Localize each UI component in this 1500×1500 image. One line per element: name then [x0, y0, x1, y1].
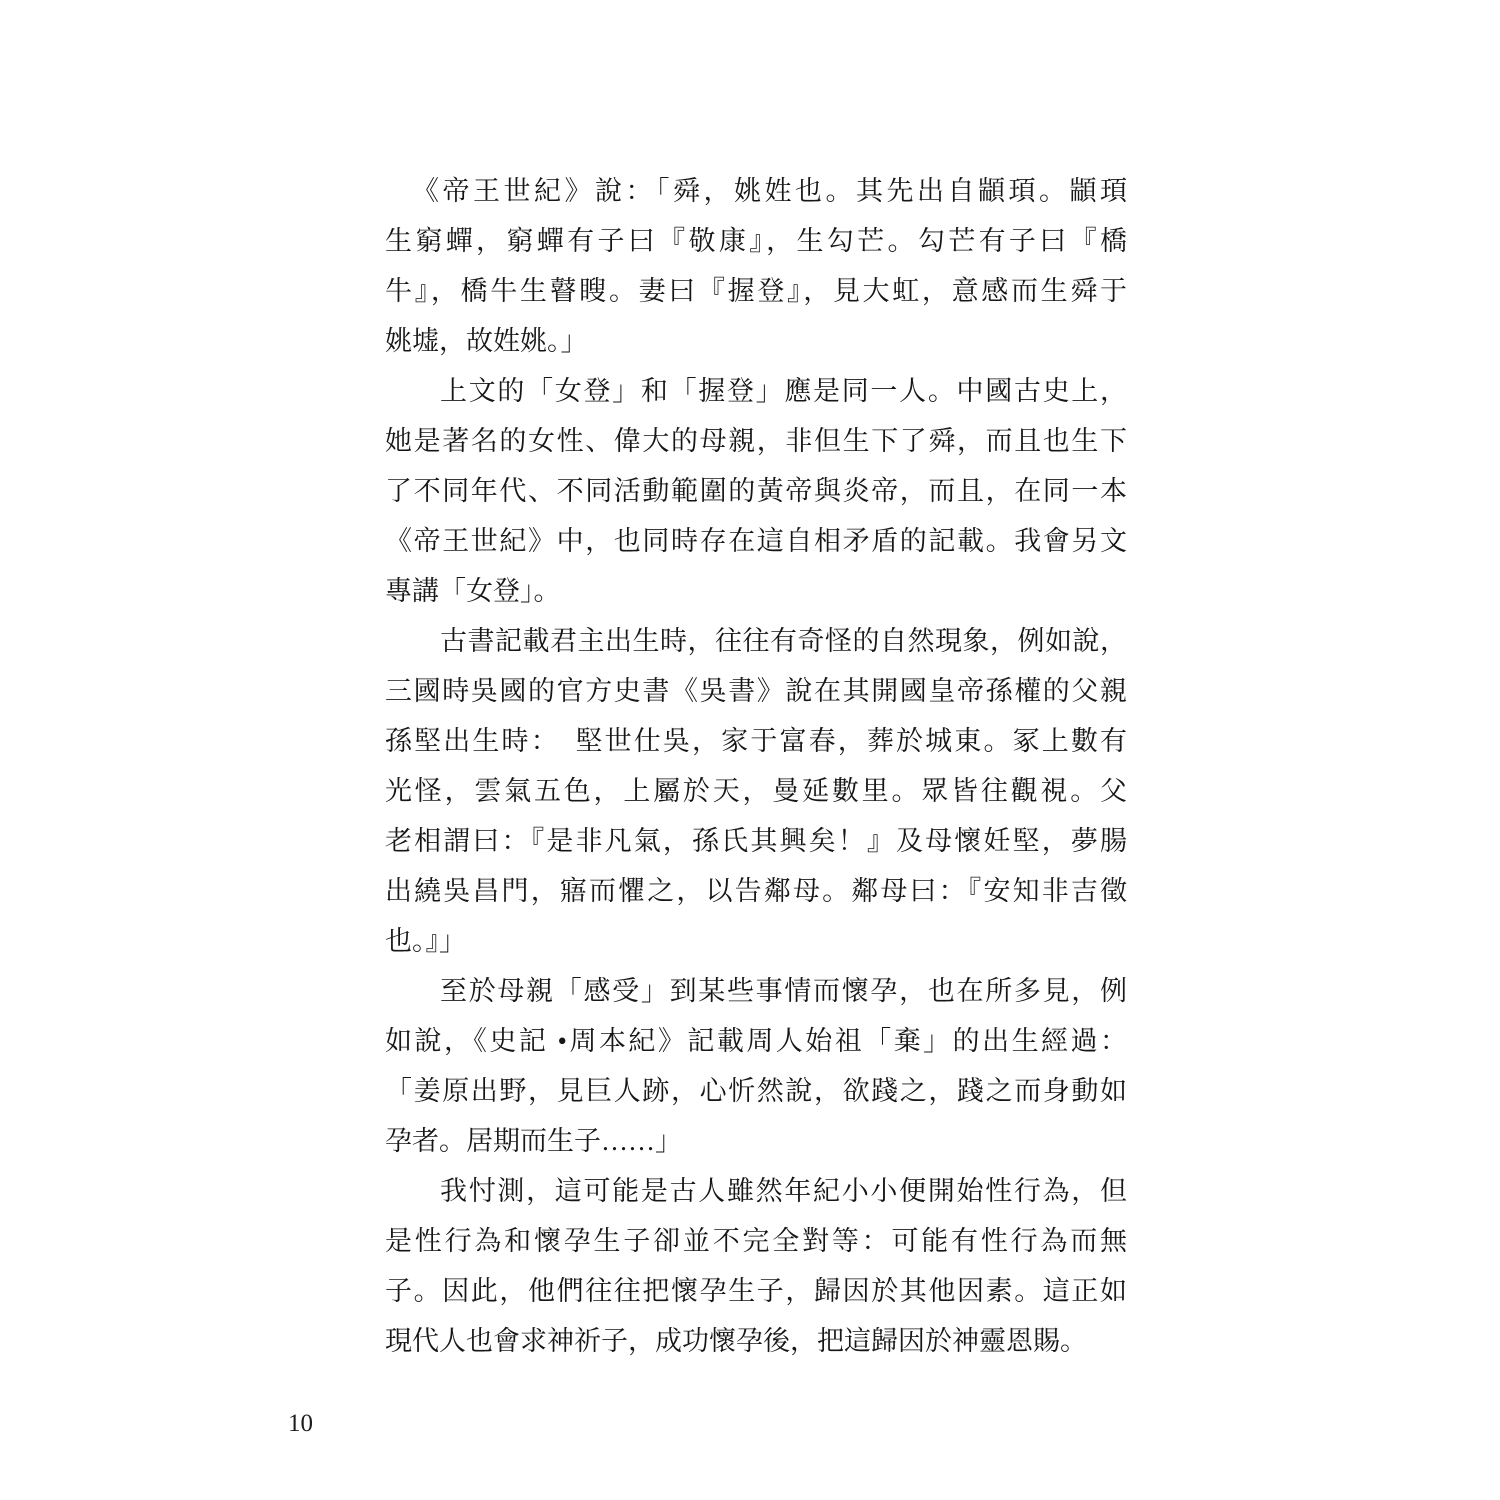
page-body-text: 《帝王世紀》說：「舜，姚姓也。其先出自顓頊。顓頊生窮蟬，窮蟬有子曰『敬康』，生勾… — [385, 166, 1127, 1366]
text-line-p3-l7: 也。』」 — [385, 916, 1127, 966]
book-page: 《帝王世紀》說：「舜，姚姓也。其先出自顓頊。顓頊生窮蟬，窮蟬有子曰『敬康』，生勾… — [0, 0, 1500, 1500]
text-line-p3-l6: 出繞吳昌門，寤而懼之，以告鄰母。鄰母曰：『安知非吉徵 — [385, 866, 1127, 916]
text-line-p2-l2: 她是著名的女性、偉大的母親，非但生下了舜，而且也生下 — [385, 416, 1127, 466]
text-line-p5-l3: 子。因此，他們往往把懷孕生子，歸因於其他因素。這正如 — [385, 1266, 1127, 1316]
text-line-p2-l5: 專講「女登」。 — [385, 566, 1127, 616]
text-line-p4-l4: 孕者。居期而生子……」 — [385, 1116, 1127, 1166]
text-line-p5-l2: 是性行為和懷孕生子卻並不完全對等：可能有性行為而無 — [385, 1216, 1127, 1266]
text-line-p1-l4: 姚墟，故姓姚。」 — [385, 316, 1127, 366]
text-line-p3-l3: 孫堅出生時： 堅世仕吳，家于富春，葬於城東。冢上數有 — [385, 716, 1127, 766]
text-line-p5-l1: 我忖測，這可能是古人雖然年紀小小便開始性行為，但 — [385, 1166, 1127, 1216]
text-line-p1-l3: 牛』，橋牛生瞽瞍。妻曰『握登』，見大虹，意感而生舜于 — [385, 266, 1127, 316]
text-line-p2-l3: 了不同年代、不同活動範圍的黃帝與炎帝，而且，在同一本 — [385, 466, 1127, 516]
text-line-p2-l4: 《帝王世紀》中，也同時存在這自相矛盾的記載。我會另文 — [385, 516, 1127, 566]
page-number: 10 — [288, 1407, 313, 1441]
text-line-p3-l5: 老相謂曰：『是非凡氣，孫氏其興矣！』及母懷妊堅，夢腸 — [385, 816, 1127, 866]
text-line-p3-l1: 古書記載君主出生時，往往有奇怪的自然現象，例如說， — [385, 616, 1127, 666]
text-line-p1-l2: 生窮蟬，窮蟬有子曰『敬康』，生勾芒。勾芒有子曰『橋 — [385, 216, 1127, 266]
text-line-p1-l1: 《帝王世紀》說：「舜，姚姓也。其先出自顓頊。顓頊 — [385, 166, 1127, 216]
text-line-p5-l4: 現代人也會求神祈子，成功懷孕後，把這歸因於神靈恩賜。 — [385, 1316, 1127, 1366]
text-line-p2-l1: 上文的「女登」和「握登」應是同一人。中國古史上， — [385, 366, 1127, 416]
text-line-p4-l2: 如說，《史記 •周本紀》記載周人始祖「棄」的出生經過： — [385, 1016, 1127, 1066]
text-line-p4-l1: 至於母親「感受」到某些事情而懷孕，也在所多見，例 — [385, 966, 1127, 1016]
text-line-p3-l2: 三國時吳國的官方史書《吳書》說在其開國皇帝孫權的父親 — [385, 666, 1127, 716]
text-line-p3-l4: 光怪，雲氣五色，上屬於天，曼延數里。眾皆往觀視。父 — [385, 766, 1127, 816]
text-line-p4-l3: 「姜原出野，見巨人跡，心忻然說，欲踐之，踐之而身動如 — [385, 1066, 1127, 1116]
